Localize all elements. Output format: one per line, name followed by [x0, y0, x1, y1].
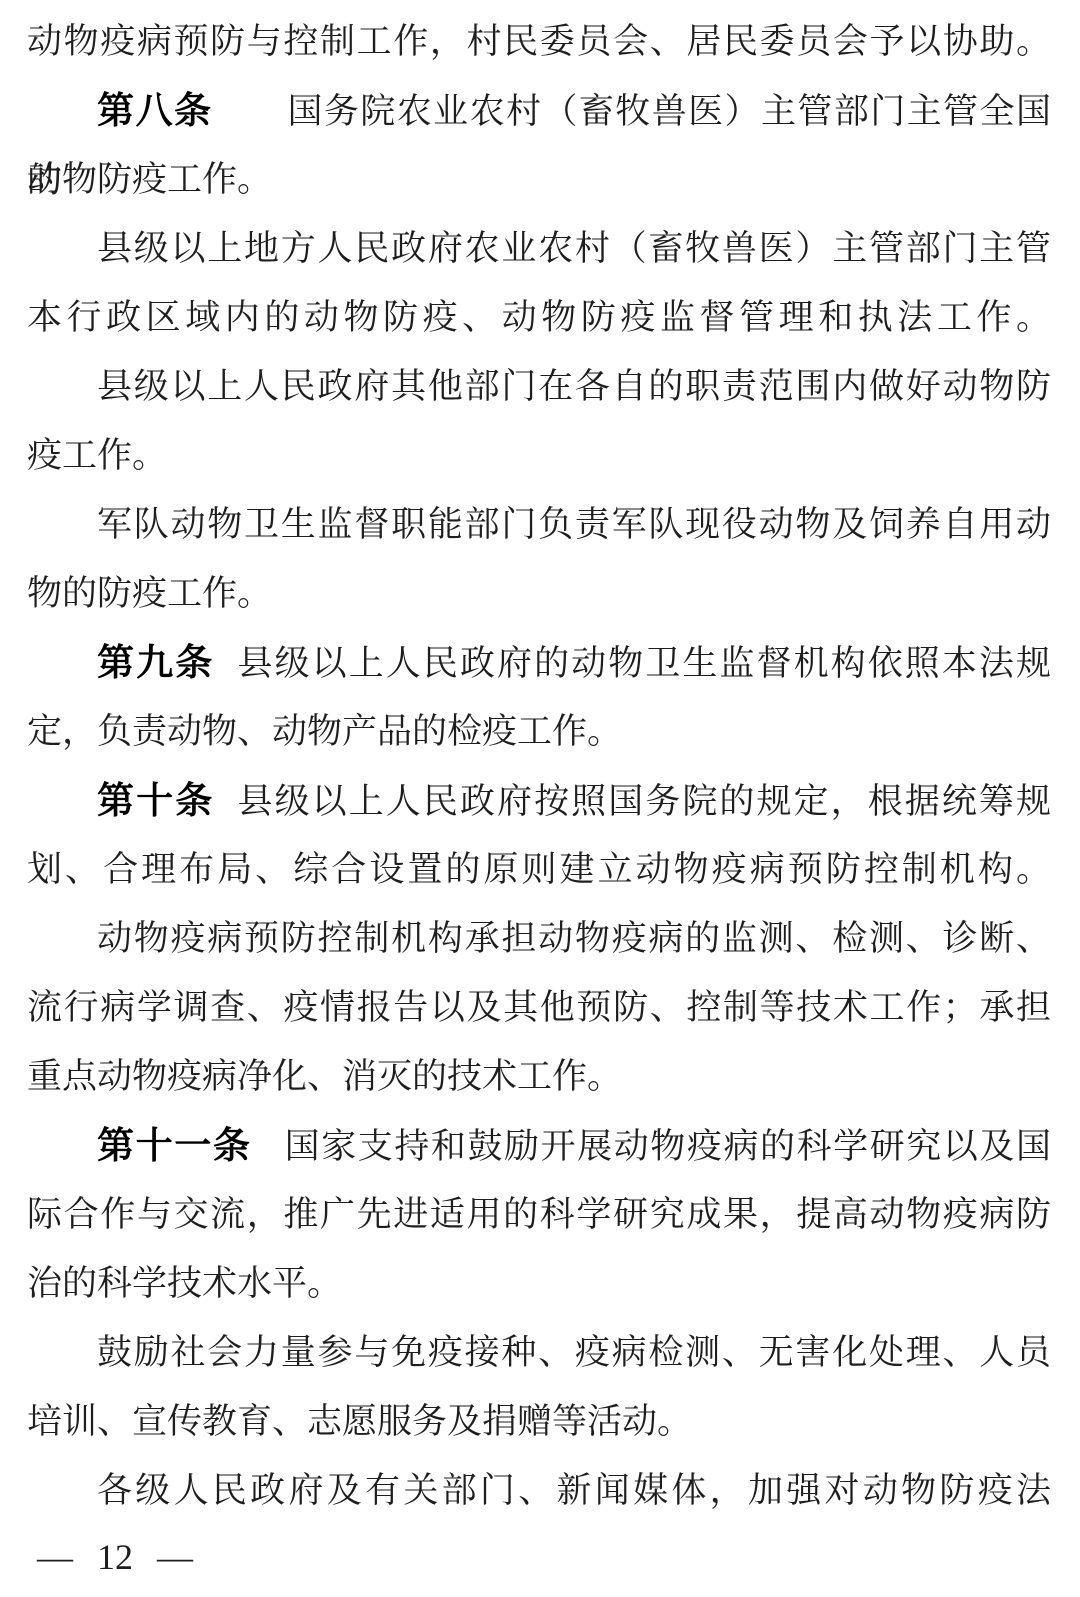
text-line: 治的科学技术水平。 [27, 1249, 1051, 1318]
label-gap [213, 122, 287, 123]
text-line: 动物疫病预防控制机构承担动物疫病的监测、检测、诊断、 [27, 904, 1051, 973]
label-gap [214, 812, 235, 813]
text-line: 培训、宣传教育、志愿服务及捐赠等活动。 [27, 1387, 1051, 1456]
footer-dash-right: — [157, 1537, 193, 1577]
body-paragraph: 动物疫病预防与控制工作，村民委员会、居民委员会予以协助。 [27, 7, 1051, 76]
text-line: 重点动物疫病净化、消灭的技术工作。 [27, 1042, 1051, 1111]
text-line: 第十一条国家支持和鼓励开展动物疫病的科学研究以及国 [27, 1111, 1051, 1180]
article-number: 第十条 [97, 779, 214, 821]
text-line: 动物疫病预防与控制工作，村民委员会、居民委员会予以协助。 [27, 7, 1051, 76]
text-line: 鼓励社会力量参与免疫接种、疫病检测、无害化处理、人员 [27, 1318, 1051, 1387]
text-line: 动物防疫工作。 [27, 145, 1051, 214]
page-footer: — 12 — [0, 1537, 1080, 1577]
article-number: 第十一条 [97, 1124, 252, 1166]
body-paragraph: 县级以上地方人民政府农业农村（畜牧兽医）主管部门主管本行政区域内的动物防疫、动物… [27, 214, 1051, 352]
article-paragraph: 第十条县级以上人民政府按照国务院的规定，根据统筹规划、合理布局、综合设置的原则建… [27, 766, 1051, 904]
body-paragraph: 鼓励社会力量参与免疫接种、疫病检测、无害化处理、人员培训、宣传教育、志愿服务及捐… [27, 1318, 1051, 1456]
body-paragraph: 各级人民政府及有关部门、新闻媒体，加强对动物防疫法 [27, 1456, 1051, 1525]
text-line: 军队动物卫生监督职能部门负责军队现役动物及饲养自用动 [27, 490, 1051, 559]
text-line: 各级人民政府及有关部门、新闻媒体，加强对动物防疫法 [27, 1456, 1051, 1525]
footer-dash-left: — [37, 1537, 73, 1577]
label-gap [214, 674, 235, 675]
line-text: 县级以上人民政府按照国务院的规定，根据统筹规 [235, 782, 1051, 821]
page-number: 12 [97, 1537, 133, 1577]
text-line: 划、合理布局、综合设置的原则建立动物疫病预防控制机构。 [27, 835, 1051, 904]
body-paragraph: 军队动物卫生监督职能部门负责军队现役动物及饲养自用动物的防疫工作。 [27, 490, 1051, 628]
article-number: 第九条 [97, 641, 214, 683]
text-line: 第八条国务院农业农村（畜牧兽医）主管部门主管全国的 [27, 76, 1051, 145]
label-gap [252, 1157, 284, 1158]
body-paragraph: 动物疫病预防控制机构承担动物疫病的监测、检测、诊断、流行病学调查、疫情报告以及其… [27, 904, 1051, 1111]
text-line: 本行政区域内的动物防疫、动物防疫监督管理和执法工作。 [27, 283, 1051, 352]
line-text: 国家支持和鼓励开展动物疫病的科学研究以及国 [283, 1127, 1051, 1166]
text-line: 第九条县级以上人民政府的动物卫生监督机构依照本法规 [27, 628, 1051, 697]
document-page: 动物疫病预防与控制工作，村民委员会、居民委员会予以协助。第八条国务院农业农村（畜… [0, 0, 1080, 1597]
body-paragraph: 县级以上人民政府其他部门在各自的职责范围内做好动物防疫工作。 [27, 352, 1051, 490]
text-line: 际合作与交流，推广先进适用的科学研究成果，提高动物疫病防 [27, 1180, 1051, 1249]
document-body: 动物疫病预防与控制工作，村民委员会、居民委员会予以协助。第八条国务院农业农村（畜… [0, 0, 1080, 1525]
text-line: 流行病学调查、疫情报告以及其他预防、控制等技术工作；承担 [27, 973, 1051, 1042]
article-number: 第八条 [97, 89, 213, 131]
text-line: 县级以上地方人民政府农业农村（畜牧兽医）主管部门主管 [27, 214, 1051, 283]
text-line: 县级以上人民政府其他部门在各自的职责范围内做好动物防 [27, 352, 1051, 421]
text-line: 物的防疫工作。 [27, 559, 1051, 628]
article-paragraph: 第十一条国家支持和鼓励开展动物疫病的科学研究以及国际合作与交流，推广先进适用的科… [27, 1111, 1051, 1318]
line-text: 县级以上人民政府的动物卫生监督机构依照本法规 [235, 644, 1051, 683]
text-line: 第十条县级以上人民政府按照国务院的规定，根据统筹规 [27, 766, 1051, 835]
text-line: 定，负责动物、动物产品的检疫工作。 [27, 697, 1051, 766]
text-line: 疫工作。 [27, 421, 1051, 490]
article-paragraph: 第九条县级以上人民政府的动物卫生监督机构依照本法规定，负责动物、动物产品的检疫工… [27, 628, 1051, 766]
article-paragraph: 第八条国务院农业农村（畜牧兽医）主管部门主管全国的动物防疫工作。 [27, 76, 1051, 214]
